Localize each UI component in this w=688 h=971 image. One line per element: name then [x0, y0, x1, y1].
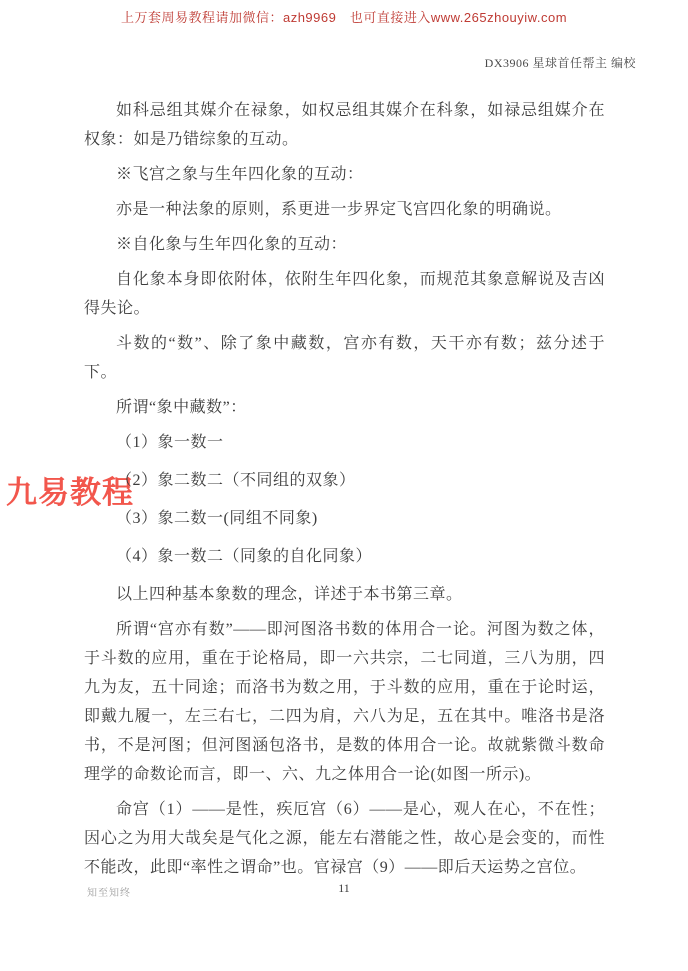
- header-editor-credit: DX3906 星球首任帮主 编校: [485, 54, 636, 71]
- paragraph-self-trans-body: 自化象本身即依附体，依附生年四化象，而规范其象意解说及吉凶得失论。: [84, 265, 605, 323]
- document-body: 如科忌组其媒介在禄象，如权忌组其媒介在科象，如禄忌组媒介在权象：如是乃错综象的互…: [84, 96, 605, 888]
- list-item-3: （3）象二数一(同组不同象): [84, 504, 605, 533]
- paragraph-hidden-number-head: 所谓“象中藏数”：: [84, 393, 605, 422]
- list-item-2: （2）象二数二（不同组的双象）: [84, 466, 605, 495]
- paragraph-cross-symbolism: 如科忌组其媒介在禄象，如权忌组其媒介在科象，如禄忌组媒介在权象：如是乃错综象的互…: [84, 96, 605, 154]
- page-number: 11: [0, 881, 688, 896]
- paragraph-life-palace: 命宫（1）——是性，疾厄宫（6）——是心，观人在心，不在性；因心之为用大哉矣是气…: [84, 795, 605, 882]
- document-page: 上万套周易教程请加微信：azh9969 也可直接进入www.265zhouyiw…: [0, 0, 688, 971]
- paragraph-self-trans-head: ※自化象与生年四化象的互动：: [84, 230, 605, 259]
- paragraph-numbers-intro: 斗数的“数”、除了象中藏数，宫亦有数，天干亦有数；兹分述于下。: [84, 329, 605, 387]
- paragraph-palace-numbers: 所谓“宫亦有数”——即河图洛书数的体用合一论。河图为数之体，于斗数的应用，重在于…: [84, 615, 605, 789]
- paragraph-flying-palace-body: 亦是一种法象的原则，系更进一步界定飞宫四化象的明确说。: [84, 195, 605, 224]
- header-promo-text: 上万套周易教程请加微信：azh9969 也可直接进入www.265zhouyiw…: [0, 7, 688, 26]
- paragraph-four-concepts: 以上四种基本象数的理念，详述于本书第三章。: [84, 580, 605, 609]
- list-item-4: （4）象一数二（同象的自化同象）: [84, 542, 605, 571]
- paragraph-flying-palace-head: ※飞宫之象与生年四化象的互动：: [84, 160, 605, 189]
- list-item-1: （1）象一数一: [84, 428, 605, 457]
